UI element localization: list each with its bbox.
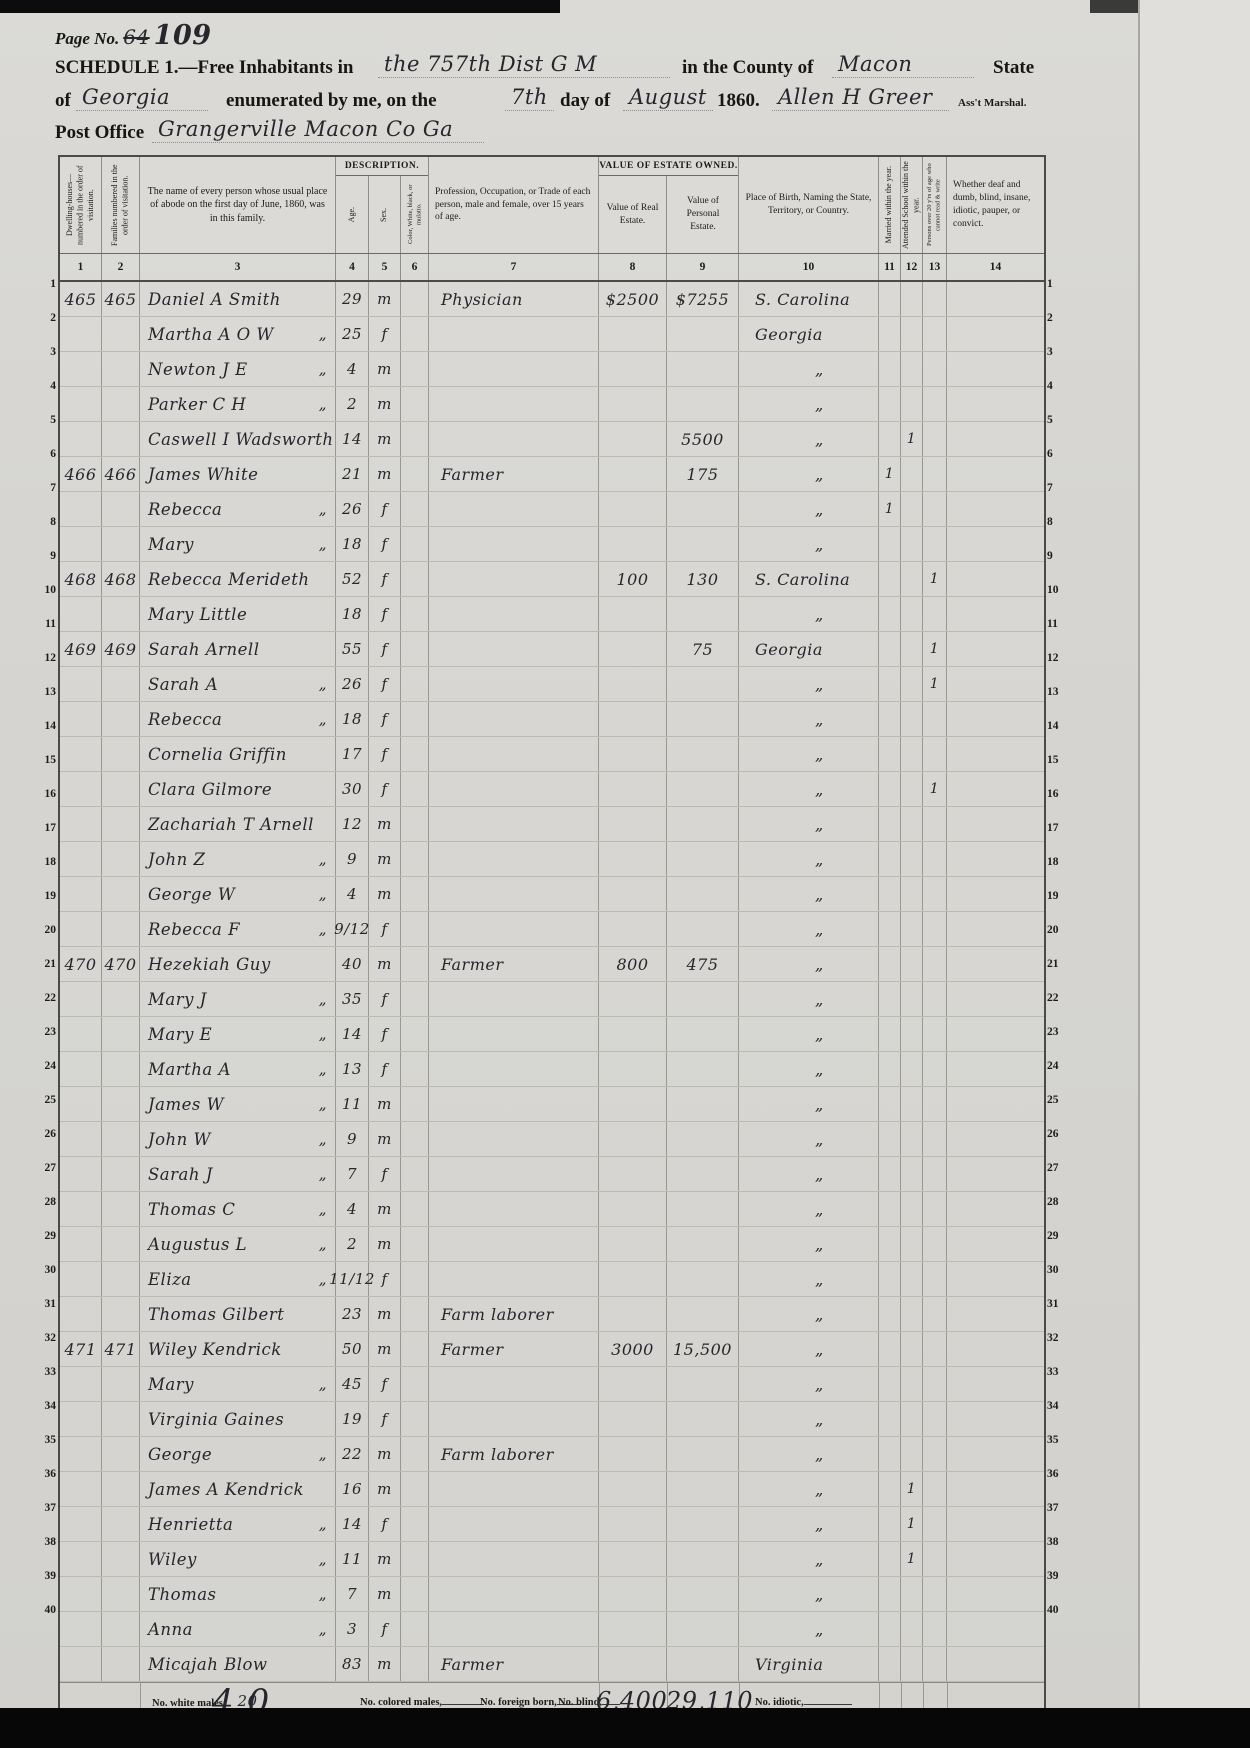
cell-birth: „ — [739, 982, 879, 1016]
header-cannot-read: Persons over 20 y'rs of age who cannot r… — [923, 157, 947, 253]
person-name: John Z — [148, 850, 206, 869]
cell-birth: „ — [739, 702, 879, 736]
cell-pers — [667, 772, 739, 806]
month-field: August — [623, 85, 713, 111]
surname-ditto-mark: „ — [319, 1095, 335, 1113]
district-field: the 757th Dist G M — [378, 52, 670, 78]
cell-dw — [60, 667, 102, 701]
cell-birth: „ — [739, 1087, 879, 1121]
cell-sex: f — [369, 317, 401, 351]
line-number: 10 — [1047, 583, 1067, 617]
line-number: 20 — [36, 923, 56, 957]
surname-ditto-mark: „ — [319, 1620, 335, 1638]
line-number: 39 — [1047, 1569, 1067, 1603]
cell-occ — [429, 422, 599, 456]
cell-name: Virginia Gaines — [140, 1402, 336, 1436]
cell-age: 14 — [336, 1507, 369, 1541]
cell-age: 18 — [336, 702, 369, 736]
cell-s — [901, 282, 923, 316]
cell-dw — [60, 1507, 102, 1541]
line-number: 6 — [1047, 447, 1067, 481]
scan-edge — [0, 1708, 1250, 1748]
column-number: 8 — [599, 254, 667, 280]
page-no: 109 — [154, 20, 212, 51]
cell-sex: f — [369, 737, 401, 771]
cell-m — [879, 422, 901, 456]
line-number: 16 — [36, 787, 56, 821]
cell-name: Anna„ — [140, 1612, 336, 1646]
cell-age: 25 — [336, 317, 369, 351]
column-number: 10 — [739, 254, 879, 280]
cell-m — [879, 667, 901, 701]
cell-sex: f — [369, 1017, 401, 1051]
cell-sex: f — [369, 702, 401, 736]
cell-pers — [667, 1542, 739, 1576]
cell-rem — [947, 492, 1044, 526]
person-row: Mary J„35f„ — [60, 982, 1044, 1017]
cell-m — [879, 387, 901, 421]
cell-s — [901, 1087, 923, 1121]
line-number: 15 — [36, 753, 56, 787]
cell-r — [923, 947, 947, 981]
cell-pers — [667, 1227, 739, 1261]
cell-pers — [667, 527, 739, 561]
cell-real — [599, 1437, 667, 1471]
cell-col — [401, 877, 429, 911]
cell-age: 9 — [336, 1122, 369, 1156]
person-row: George W„4m„ — [60, 877, 1044, 912]
person-name: James A Kendrick — [148, 1480, 304, 1499]
line-number: 2 — [36, 311, 56, 345]
cell-occ — [429, 912, 599, 946]
person-row: Thomas Gilbert23mFarm laborer„ — [60, 1297, 1044, 1332]
cell-pers: 130 — [667, 562, 739, 596]
cell-rem — [947, 1227, 1044, 1261]
cell-name: Thomas C„ — [140, 1192, 336, 1226]
cell-birth: „ — [739, 387, 879, 421]
cell-r — [923, 527, 947, 561]
person-row: 468468Rebecca Merideth52f100130S. Caroli… — [60, 562, 1044, 597]
cell-s — [901, 1122, 923, 1156]
header-real-estate: Value of Real Estate. — [599, 176, 667, 253]
cell-name: Caswell I Wadsworth — [140, 422, 336, 456]
cell-s — [901, 1227, 923, 1261]
cell-real — [599, 492, 667, 526]
cell-name: Sarah Arnell — [140, 632, 336, 666]
cell-pers — [667, 1297, 739, 1331]
cell-name: Parker C H„ — [140, 387, 336, 421]
cell-occ: Physician — [429, 282, 599, 316]
cell-m — [879, 1612, 901, 1646]
cell-birth: „ — [739, 807, 879, 841]
line-number: 25 — [36, 1093, 56, 1127]
cell-age: 12 — [336, 807, 369, 841]
person-name: Wiley — [148, 1550, 197, 1569]
cell-s — [901, 1612, 923, 1646]
cell-name: Mary„ — [140, 1367, 336, 1401]
column-number: 14 — [947, 254, 1044, 280]
header-family: Families numbered in the order of visita… — [102, 157, 140, 253]
cell-occ — [429, 1542, 599, 1576]
cell-m — [879, 562, 901, 596]
cell-s — [901, 1192, 923, 1226]
person-name: Thomas — [148, 1585, 217, 1604]
cell-col — [401, 1647, 429, 1681]
cell-age: 2 — [336, 1227, 369, 1261]
line-number: 18 — [36, 855, 56, 889]
line-number: 23 — [36, 1025, 56, 1059]
cell-col — [401, 387, 429, 421]
cell-pers — [667, 982, 739, 1016]
cell-occ — [429, 317, 599, 351]
person-row: Martha A„13f„ — [60, 1052, 1044, 1087]
line-number: 11 — [36, 617, 56, 651]
cell-s — [901, 1367, 923, 1401]
person-name: Sarah A — [148, 675, 218, 694]
cell-birth: „ — [739, 1402, 879, 1436]
cell-r — [923, 352, 947, 386]
cell-age: 4 — [336, 1192, 369, 1226]
cell-age: 18 — [336, 527, 369, 561]
cell-rem — [947, 1122, 1044, 1156]
cell-real — [599, 982, 667, 1016]
cell-age: 11/12 — [336, 1262, 369, 1296]
person-name: Sarah J — [148, 1165, 213, 1184]
cell-col — [401, 1052, 429, 1086]
cell-birth: „ — [739, 1437, 879, 1471]
cell-age: 22 — [336, 1437, 369, 1471]
person-row: John Z„9m„ — [60, 842, 1044, 877]
cell-fam — [102, 1017, 140, 1051]
cell-dw — [60, 877, 102, 911]
cell-fam — [102, 527, 140, 561]
cell-real — [599, 772, 667, 806]
surname-ditto-mark: „ — [319, 710, 335, 728]
cell-r — [923, 1332, 947, 1366]
surname-ditto-mark: „ — [319, 885, 335, 903]
cell-s — [901, 1017, 923, 1051]
cell-occ: Farm laborer — [429, 1437, 599, 1471]
cell-r — [923, 1017, 947, 1051]
cell-sex: f — [369, 1367, 401, 1401]
state-field: Georgia — [76, 85, 208, 111]
surname-ditto-mark: „ — [319, 1445, 335, 1463]
cell-occ: Farmer — [429, 1332, 599, 1366]
line-number: 4 — [36, 379, 56, 413]
cell-sex: m — [369, 1542, 401, 1576]
cell-sex: m — [369, 1297, 401, 1331]
cell-fam — [102, 877, 140, 911]
cell-fam — [102, 1577, 140, 1611]
surname-ditto-mark: „ — [319, 360, 335, 378]
cell-col — [401, 562, 429, 596]
cell-s — [901, 947, 923, 981]
cell-m — [879, 352, 901, 386]
line-number: 10 — [36, 583, 56, 617]
cell-real — [599, 422, 667, 456]
cell-fam — [102, 1262, 140, 1296]
cell-pers — [667, 667, 739, 701]
cell-name: Eliza„ — [140, 1262, 336, 1296]
line-number: 28 — [1047, 1195, 1067, 1229]
cell-name: Mary„ — [140, 527, 336, 561]
cell-name: Mary Little — [140, 597, 336, 631]
cell-real — [599, 1017, 667, 1051]
header-name: The name of every person whose usual pla… — [140, 157, 336, 253]
cell-name: Henrietta„ — [140, 1507, 336, 1541]
cell-occ — [429, 1087, 599, 1121]
person-row: Sarah J„7f„ — [60, 1157, 1044, 1192]
cell-r — [923, 317, 947, 351]
description-group-label: DESCRIPTION. — [336, 157, 428, 176]
cell-rem — [947, 1332, 1044, 1366]
cell-r — [923, 1297, 947, 1331]
cell-dw — [60, 1367, 102, 1401]
header-estate-group: VALUE OF ESTATE OWNED. Value of Real Est… — [599, 157, 739, 253]
cell-birth: „ — [739, 1227, 879, 1261]
cell-pers: 475 — [667, 947, 739, 981]
cell-dw — [60, 1437, 102, 1471]
cell-dw — [60, 1262, 102, 1296]
cell-r: 1 — [923, 562, 947, 596]
cell-dw — [60, 702, 102, 736]
cell-dw — [60, 387, 102, 421]
cell-name: Thomas Gilbert — [140, 1297, 336, 1331]
cell-birth: „ — [739, 877, 879, 911]
cell-dw — [60, 737, 102, 771]
header-color: Color, White, black, or mulatto. — [401, 176, 429, 253]
cell-occ: Farmer — [429, 947, 599, 981]
cell-sex: m — [369, 1472, 401, 1506]
cell-sex: m — [369, 1087, 401, 1121]
cell-r — [923, 387, 947, 421]
cell-col — [401, 667, 429, 701]
header-profession: Profession, Occupation, or Trade of each… — [429, 157, 599, 253]
header-dwelling: Dwelling-houses— numbered in the order o… — [60, 157, 102, 253]
cell-r — [923, 1262, 947, 1296]
cell-sex: m — [369, 1647, 401, 1681]
person-name: Augustus L — [148, 1235, 247, 1254]
scan-edge — [0, 0, 560, 13]
cell-occ — [429, 632, 599, 666]
cell-col — [401, 1017, 429, 1051]
cell-name: Clara Gilmore — [140, 772, 336, 806]
cell-m — [879, 1437, 901, 1471]
cell-r — [923, 1052, 947, 1086]
line-number: 17 — [36, 821, 56, 855]
surname-ditto-mark: „ — [319, 990, 335, 1008]
line-number: 14 — [1047, 719, 1067, 753]
cell-s — [901, 1402, 923, 1436]
cell-age: 26 — [336, 492, 369, 526]
cell-dw — [60, 842, 102, 876]
cell-birth: „ — [739, 422, 879, 456]
cell-name: Micajah Blow — [140, 1647, 336, 1681]
line-number-gutter-right: 1234567891011121314151617181920212223242… — [1047, 277, 1067, 1637]
cell-occ — [429, 1017, 599, 1051]
cell-m — [879, 1297, 901, 1331]
line-number: 32 — [1047, 1331, 1067, 1365]
cell-rem — [947, 1192, 1044, 1226]
cell-col — [401, 1437, 429, 1471]
cell-pers — [667, 1647, 739, 1681]
cell-fam — [102, 1647, 140, 1681]
cell-s — [901, 772, 923, 806]
cell-sex: f — [369, 562, 401, 596]
person-row: Eliza„11/12f„ — [60, 1262, 1044, 1297]
person-name: Rebecca F — [148, 920, 240, 939]
person-name: Mary Little — [148, 605, 247, 624]
column-number: 13 — [923, 254, 947, 280]
cell-dw — [60, 352, 102, 386]
cell-age: 26 — [336, 667, 369, 701]
cell-name: Martha A„ — [140, 1052, 336, 1086]
cell-occ — [429, 1507, 599, 1541]
cell-real — [599, 457, 667, 491]
cell-real — [599, 667, 667, 701]
cell-s: 1 — [901, 1542, 923, 1576]
cell-real: 800 — [599, 947, 667, 981]
surname-ditto-mark: „ — [319, 1550, 335, 1568]
cell-birth: S. Carolina — [739, 562, 879, 596]
line-number: 30 — [1047, 1263, 1067, 1297]
cell-r — [923, 422, 947, 456]
header-birthplace: Place of Birth, Naming the State, Territ… — [739, 157, 879, 253]
line-number: 12 — [36, 651, 56, 685]
cell-birth: „ — [739, 1157, 879, 1191]
cell-fam — [102, 807, 140, 841]
cell-m — [879, 877, 901, 911]
cell-pers — [667, 1577, 739, 1611]
cell-sex: m — [369, 1227, 401, 1261]
cell-fam — [102, 1122, 140, 1156]
cell-birth: „ — [739, 1052, 879, 1086]
cell-s — [901, 457, 923, 491]
cell-s — [901, 492, 923, 526]
person-name: Henrietta — [148, 1515, 233, 1534]
cell-occ — [429, 667, 599, 701]
cell-m — [879, 1472, 901, 1506]
cell-real — [599, 1262, 667, 1296]
cell-rem — [947, 562, 1044, 596]
cell-dw — [60, 317, 102, 351]
cell-rem — [947, 807, 1044, 841]
line-number: 35 — [1047, 1433, 1067, 1467]
cell-age: 50 — [336, 1332, 369, 1366]
header-personal-estate: Value of Personal Estate. — [667, 176, 739, 253]
person-name: George W — [148, 885, 235, 904]
cell-sex: m — [369, 1332, 401, 1366]
cell-rem — [947, 597, 1044, 631]
person-row: Micajah Blow83mFarmerVirginia — [60, 1647, 1044, 1682]
cell-name: Martha A O W„ — [140, 317, 336, 351]
cell-birth: Georgia — [739, 317, 879, 351]
person-row: James W„11m„ — [60, 1087, 1044, 1122]
cell-real — [599, 527, 667, 561]
table-body: 465465Daniel A Smith29mPhysician$2500$72… — [60, 282, 1044, 1682]
line-number: 16 — [1047, 787, 1067, 821]
cell-sex: m — [369, 1122, 401, 1156]
cell-fam — [102, 1087, 140, 1121]
cell-birth: „ — [739, 842, 879, 876]
cell-birth: „ — [739, 527, 879, 561]
cell-rem — [947, 772, 1044, 806]
marshal-name-field: Allen H Greer — [772, 85, 949, 111]
person-name: Rebecca — [148, 710, 222, 729]
cell-age: 4 — [336, 352, 369, 386]
cell-pers — [667, 1507, 739, 1541]
cell-r — [923, 1122, 947, 1156]
line-number: 31 — [36, 1297, 56, 1331]
person-name: Virginia Gaines — [148, 1410, 284, 1429]
cell-occ: Farmer — [429, 457, 599, 491]
cell-rem — [947, 877, 1044, 911]
cell-name: Rebecca„ — [140, 702, 336, 736]
cell-name: Augustus L„ — [140, 1227, 336, 1261]
cell-occ — [429, 1227, 599, 1261]
cell-pers — [667, 1122, 739, 1156]
column-number: 2 — [102, 254, 140, 280]
cell-fam — [102, 737, 140, 771]
cell-m — [879, 1367, 901, 1401]
cell-birth: S. Carolina — [739, 282, 879, 316]
line-number: 22 — [36, 991, 56, 1025]
person-name: Cornelia Griffin — [148, 745, 287, 764]
cell-birth: „ — [739, 1507, 879, 1541]
cell-birth: „ — [739, 492, 879, 526]
cell-occ — [429, 1122, 599, 1156]
column-number: 5 — [369, 254, 401, 280]
cell-m — [879, 982, 901, 1016]
cell-rem — [947, 842, 1044, 876]
cell-occ — [429, 1262, 599, 1296]
cell-rem — [947, 457, 1044, 491]
cell-sex: m — [369, 1192, 401, 1226]
cell-rem — [947, 387, 1044, 421]
cell-pers — [667, 1087, 739, 1121]
cell-r: 1 — [923, 667, 947, 701]
cell-age: 19 — [336, 1402, 369, 1436]
cell-pers: $7255 — [667, 282, 739, 316]
cell-pers — [667, 1367, 739, 1401]
cell-age: 3 — [336, 1612, 369, 1646]
cell-r — [923, 1437, 947, 1471]
cell-real — [599, 842, 667, 876]
cell-name: John W„ — [140, 1122, 336, 1156]
cell-col — [401, 1542, 429, 1576]
cell-rem — [947, 1612, 1044, 1646]
cell-sex: f — [369, 1612, 401, 1646]
cell-sex: m — [369, 282, 401, 316]
cell-r — [923, 1542, 947, 1576]
line-number: 13 — [1047, 685, 1067, 719]
cell-pers — [667, 1192, 739, 1226]
cell-dw — [60, 422, 102, 456]
line-number: 23 — [1047, 1025, 1067, 1059]
cell-occ: Farmer — [429, 1647, 599, 1681]
cell-real — [599, 352, 667, 386]
cell-col — [401, 947, 429, 981]
person-name: James White — [148, 465, 258, 484]
person-name: John W — [148, 1130, 211, 1149]
cell-real — [599, 1192, 667, 1226]
person-row: Thomas C„4m„ — [60, 1192, 1044, 1227]
line-number: 9 — [1047, 549, 1067, 583]
cell-dw — [60, 807, 102, 841]
cell-fam: 471 — [102, 1332, 140, 1366]
cell-m — [879, 947, 901, 981]
cell-sex: m — [369, 877, 401, 911]
